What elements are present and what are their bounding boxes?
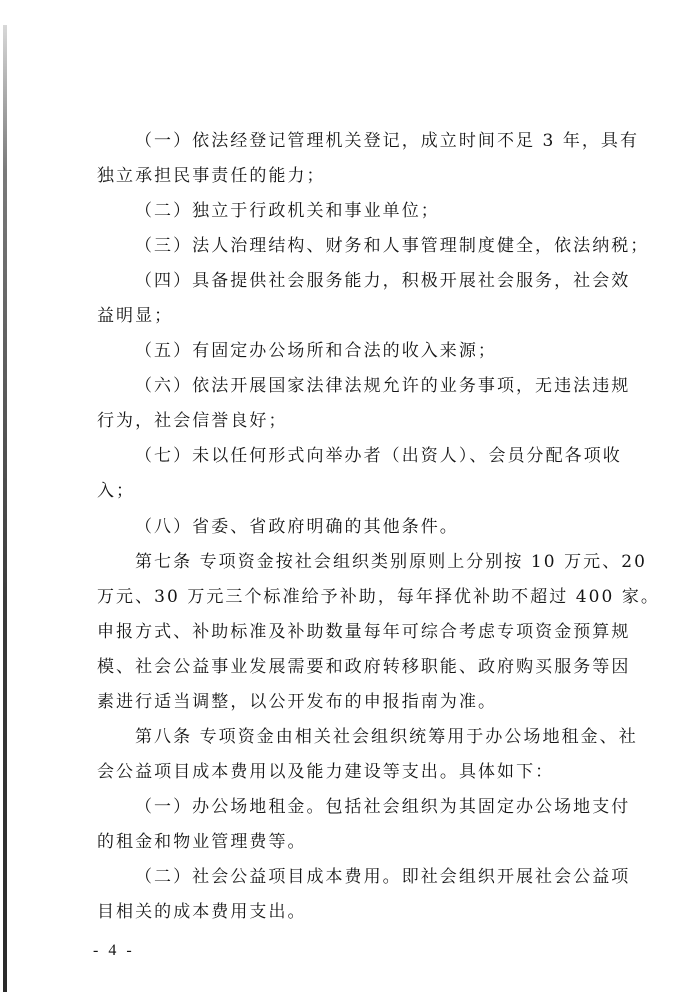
text-line: （八）省委、省政府明确的其他条件。 — [97, 510, 637, 545]
text-line: 模、社会公益事业发展需要和政府转移职能、政府购买服务等因 — [97, 650, 637, 685]
text-line: 万元、30 万元三个标准给予补助，每年择优补助不超过 400 家。 — [97, 580, 637, 615]
text-line: （六）依法开展国家法律法规允许的业务事项，无违法违规 — [97, 369, 637, 404]
text-line: 目相关的成本费用支出。 — [97, 895, 637, 930]
article-7-heading-line: 第七条 专项资金按社会组织类别原则上分别按 10 万元、20 — [97, 545, 637, 580]
article-8-heading-line: 第八条 专项资金由相关社会组织统筹用于办公场地租金、社 — [97, 720, 637, 755]
page-number: - 4 - — [93, 942, 135, 960]
scan-edge-shadow — [3, 25, 7, 992]
text-line: 申报方式、补助标准及补助数量每年可综合考虑专项资金预算规 — [97, 615, 637, 650]
text-line: 行为，社会信誉良好； — [97, 404, 637, 439]
text-line: （四）具备提供社会服务能力，积极开展社会服务，社会效 — [97, 264, 637, 299]
document-body: （一）依法经登记管理机关登记，成立时间不足 3 年，具有 独立承担民事责任的能力… — [97, 124, 637, 930]
text-line: 独立承担民事责任的能力； — [97, 159, 637, 194]
text-line: （三）法人治理结构、财务和人事管理制度健全，依法纳税； — [97, 229, 637, 264]
text-line: 入； — [97, 474, 637, 509]
text-line: 益明显； — [97, 299, 637, 334]
text-line: 的租金和物业管理费等。 — [97, 825, 637, 860]
text-line: 素进行适当调整，以公开发布的申报指南为准。 — [97, 685, 637, 720]
text-line: （五）有固定办公场所和合法的收入来源； — [97, 334, 637, 369]
text-line: （二）社会公益项目成本费用。即社会组织开展社会公益项 — [97, 860, 637, 895]
text-line: （一）依法经登记管理机关登记，成立时间不足 3 年，具有 — [97, 124, 637, 159]
text-line: 会公益项目成本费用以及能力建设等支出。具体如下： — [97, 755, 637, 790]
text-line: （七）未以任何形式向举办者（出资人）、会员分配各项收 — [97, 439, 637, 474]
text-line: （二）独立于行政机关和事业单位； — [97, 194, 637, 229]
text-line: （一）办公场地租金。包括社会组织为其固定办公场地支付 — [97, 790, 637, 825]
